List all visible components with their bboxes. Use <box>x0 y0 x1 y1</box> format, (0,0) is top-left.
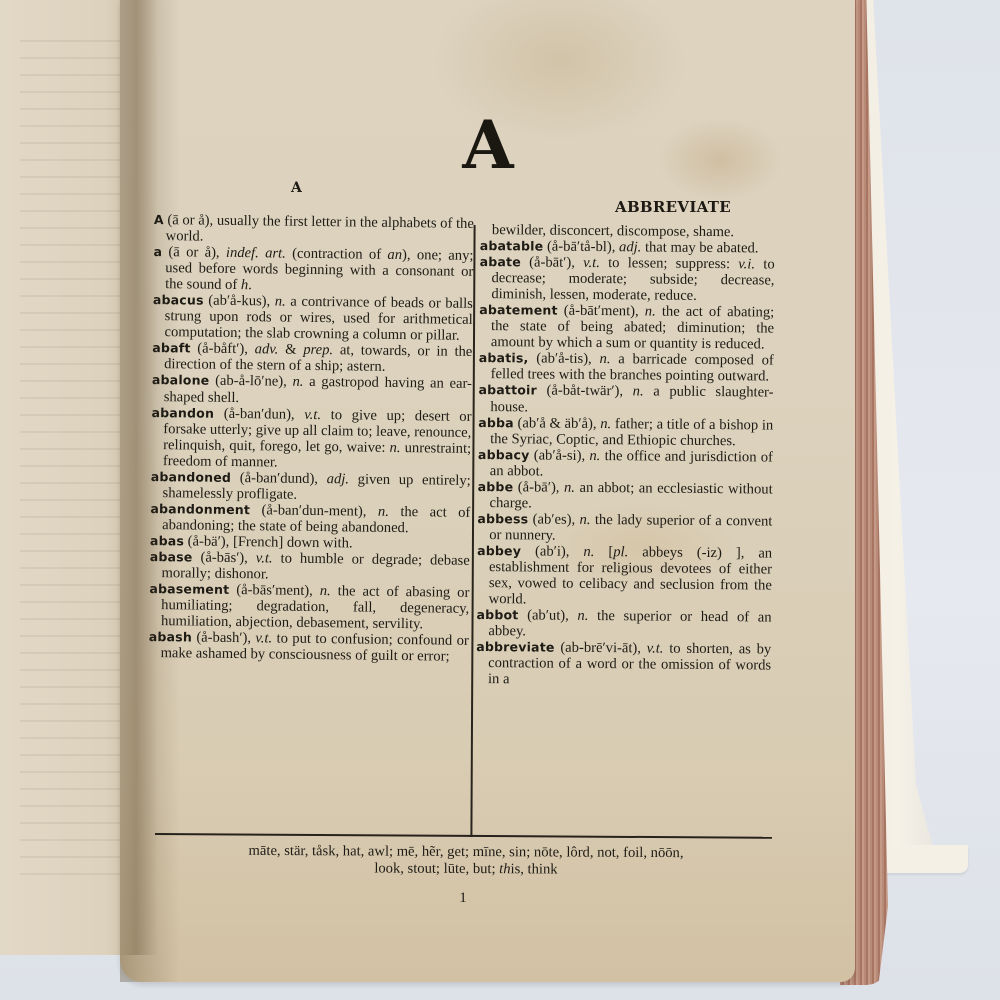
part-of-speech: pl. <box>613 544 628 560</box>
entry-definition: (å-bā′), <box>513 479 564 495</box>
page-number: 1 <box>448 890 478 907</box>
dictionary-entry: A (ā or å), usually the first letter in … <box>154 212 474 248</box>
entry-headword: abacus <box>153 292 204 308</box>
part-of-speech: n. <box>577 608 588 624</box>
entry-definition: (ab′i), <box>521 543 584 560</box>
entry-definition: (ā or å), usually the first letter in th… <box>164 212 474 245</box>
part-of-speech: adj. <box>327 471 349 487</box>
dictionary-entry: a (ā or å), indef. art. (contraction of … <box>153 244 474 296</box>
entry-definition: to lessen; suppress: <box>600 255 739 272</box>
entry-headword: abandon <box>151 405 214 421</box>
left-page-bleedthrough <box>20 30 130 890</box>
entry-definition: (ab′es), <box>528 511 579 527</box>
running-head-right: ABBREVIATE <box>573 198 773 216</box>
part-of-speech: v.t. <box>583 255 600 271</box>
pronunciation-key-line-1: māte, stär, tåsk, hat, awl; mē, hẽr, get… <box>156 842 776 862</box>
dictionary-entry: abasement (å-bās′ment), n. the act of ab… <box>149 581 470 633</box>
entry-definition: (ab-å-lō′ne), <box>209 373 292 390</box>
dictionary-entry: abatis, (ab′å-tis), n. a barricade compo… <box>479 350 774 385</box>
part-of-speech: v.i. <box>738 256 755 272</box>
entry-definition: (å-ban′dun), <box>214 405 304 422</box>
dictionary-entry: abandonment (å-ban′dun-ment), n. the act… <box>150 501 470 537</box>
entry-definition: (ab′ut), <box>518 607 577 624</box>
entry-definition: (å-bās′ment), <box>229 582 320 599</box>
dictionary-entry: abacus (ab′å-kus), n. a contrivance of b… <box>152 292 473 344</box>
dictionary-entry: abate (å-bāt′), v.t. to lessen; suppress… <box>479 254 774 305</box>
part-of-speech: n. <box>390 440 401 456</box>
entry-definition: (ā or å), <box>162 244 226 261</box>
entry-headword: abatable <box>480 238 544 254</box>
part-of-speech: n. <box>645 304 656 320</box>
entry-headword: abbacy <box>478 447 530 462</box>
entry-headword: abbe <box>478 479 514 494</box>
dictionary-entry: abandon (å-ban′dun), v.t. to give up; de… <box>151 405 472 473</box>
dictionary-entry: abalone (ab-å-lō′ne), n. a gastropod hav… <box>152 372 472 408</box>
entry-definition: (å-båft′), <box>190 341 254 358</box>
part-of-speech: n. <box>378 504 389 520</box>
entry-definition: (ab′å-tis), <box>528 351 599 368</box>
part-of-speech: n. <box>600 416 611 432</box>
entry-definition: [ <box>594 544 613 560</box>
part-of-speech: an <box>387 247 402 263</box>
entry-headword: abandoned <box>151 469 232 485</box>
entry-definition: . <box>248 277 252 293</box>
entry-definition: (å-båt-twär′), <box>537 383 633 400</box>
part-of-speech: v.t. <box>255 630 272 646</box>
entry-definition: (å-bāt′ment), <box>558 303 645 320</box>
entry-definition: (å-bāt′), <box>521 254 583 271</box>
part-of-speech: adj. <box>619 239 641 255</box>
part-of-speech: v.t. <box>304 406 321 422</box>
part-of-speech: prep. <box>303 342 333 358</box>
dictionary-entry: abbess (ab′es), n. the lady superior of … <box>477 511 772 546</box>
dictionary-entry: abbey (ab′i), n. [pl. abbeys (-iz) ], an… <box>477 543 773 610</box>
entry-headword: abate <box>480 254 521 269</box>
part-of-speech: n. <box>564 479 575 495</box>
dictionary-entry: abbacy (ab′å-si), n. the office and juri… <box>478 447 773 482</box>
entry-headword: abaft <box>152 340 190 355</box>
part-of-speech: n. <box>583 544 594 560</box>
part-of-speech: n. <box>579 512 590 528</box>
entry-definition: (å-ban′dund), <box>231 470 327 487</box>
dictionary-entry: abase (å-bās′), v.t. to humble or degrad… <box>149 549 469 585</box>
dictionary-entry: abbot (ab′ut), n. the superior or head o… <box>476 607 771 642</box>
entry-headword: abasement <box>149 581 229 597</box>
right-column: bewilder, disconcert, discompose, shame.… <box>476 222 775 690</box>
footer-rule <box>155 833 772 838</box>
part-of-speech: indef. art. <box>226 245 286 262</box>
part-of-speech: n. <box>275 294 286 310</box>
entry-definition: (contraction of <box>286 246 388 263</box>
entry-headword: abba <box>478 415 514 430</box>
entry-definition: (ab′å-kus), <box>204 293 275 310</box>
entry-headword: abbess <box>477 511 528 526</box>
pron-key-italic-th: th <box>499 861 510 877</box>
running-head-left: A <box>291 180 331 196</box>
book-gutter <box>118 0 158 955</box>
entry-definition: (å-bä′), [French] down with. <box>184 533 353 551</box>
dictionary-entry: abbreviate (ab-brē′vi-āt), v.t. to short… <box>476 639 771 690</box>
photo-scene: A A ABBREVIATE A (ā or å), usually the f… <box>0 0 1000 1000</box>
entry-definition: (ab-brē′vi-āt), <box>555 640 647 657</box>
pron-key-text: is, think <box>511 861 558 877</box>
entry-headword: abalone <box>152 372 210 388</box>
part-of-speech: n. <box>589 448 600 464</box>
dictionary-entry: abash (å-bash′), v.t. to put to confusio… <box>149 629 469 665</box>
dictionary-entry: abattoir (å-båt-twär′), n. a public slau… <box>478 382 773 417</box>
entry-definition: (ab′å & äb′å), <box>514 415 601 432</box>
entry-definition: (å-bash′), <box>192 630 256 647</box>
dictionary-entry: abaft (å-båft′), adv. & prep. at, toward… <box>152 340 472 376</box>
pronunciation-key-line-2: look, stout; lūte, but; this, think <box>156 859 776 879</box>
part-of-speech: n. <box>599 351 610 367</box>
entry-definition: that may be abated. <box>641 239 758 256</box>
entry-headword: abbreviate <box>476 639 554 655</box>
entry-definition: (å-bā′tå-bl), <box>543 239 619 256</box>
entry-definition: (ab′å-si), <box>529 447 589 464</box>
left-column: A (ā or å), usually the first letter in … <box>149 212 474 665</box>
entry-headword: abattoir <box>478 382 537 398</box>
part-of-speech: v.t. <box>647 641 664 657</box>
dictionary-entry: abatement (å-bāt′ment), n. the act of ab… <box>479 302 774 353</box>
entry-definition: (å-bās′), <box>192 549 256 566</box>
part-of-speech: n. <box>292 374 303 390</box>
dictionary-entry: abbe (å-bā′), n. an abbot; an ecclesiast… <box>477 479 772 514</box>
part-of-speech: v.t. <box>256 550 273 566</box>
entry-headword: abbot <box>477 607 519 622</box>
chapter-letter: A <box>448 112 528 178</box>
entry-definition: & <box>278 342 303 358</box>
entry-headword: abatis, <box>479 350 529 365</box>
entry-headword: abandonment <box>150 501 250 517</box>
dictionary-entry: abandoned (å-ban′dund), adj. given up en… <box>150 469 470 505</box>
part-of-speech: adv. <box>255 342 279 358</box>
pronunciation-key: māte, stär, tåsk, hat, awl; mē, hẽr, get… <box>156 842 776 879</box>
part-of-speech: n. <box>320 583 331 599</box>
entry-headword: abatement <box>479 302 558 318</box>
dictionary-entry: abba (ab′å & äb′å), n. father; a title o… <box>478 415 773 450</box>
entry-headword: abbey <box>477 543 521 558</box>
dictionary-page: A A ABBREVIATE A (ā or å), usually the f… <box>120 0 855 982</box>
pron-key-text: look, stout; lūte, but; <box>374 861 499 878</box>
part-of-speech: n. <box>633 384 644 400</box>
entry-definition: (å-ban′dun-ment), <box>250 502 378 520</box>
